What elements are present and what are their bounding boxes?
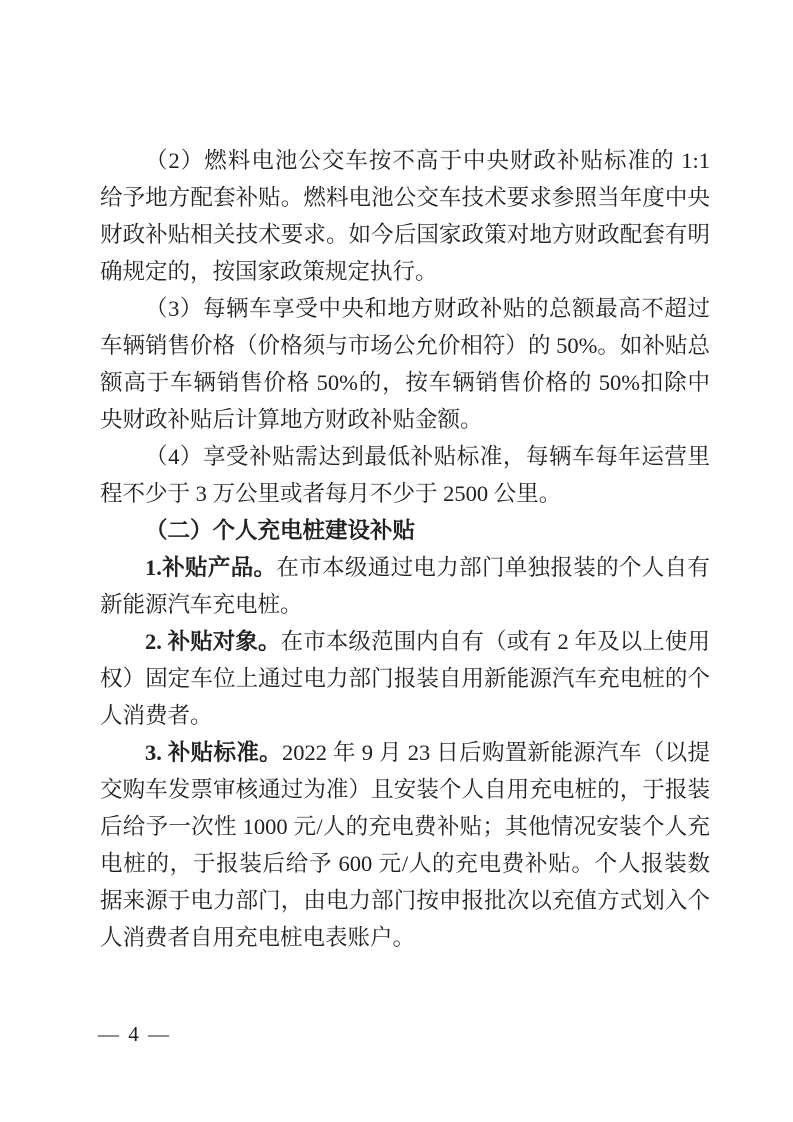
paragraph-minimum-mileage: （4）享受补贴需达到最低补贴标准，每辆车每年运营里程不少于 3 万公里或者每月不… — [100, 438, 710, 512]
paragraph-text: （3）每辆车享受中央和地方财政补贴的总额最高不超过车辆销售价格（价格须与市场公允… — [100, 296, 710, 432]
paragraph-lead: 2. 补贴对象。 — [145, 629, 281, 654]
paragraph-subsidy-cap: （3）每辆车享受中央和地方财政补贴的总额最高不超过车辆销售价格（价格须与市场公允… — [100, 290, 710, 438]
document-body: （2）燃料电池公交车按不高于中央财政补贴标准的 1:1 给予地方配套补贴。燃料电… — [100, 142, 710, 956]
paragraph-text: 2022 年 9 月 23 日后购置新能源汽车（以提交购车发票审核通过为准）且安… — [100, 740, 710, 950]
section-heading-personal-charging-pile: （二）个人充电桩建设补贴 — [100, 512, 710, 549]
paragraph-fuel-cell-bus-subsidy: （2）燃料电池公交车按不高于中央财政补贴标准的 1:1 给予地方配套补贴。燃料电… — [100, 142, 710, 290]
paragraph-lead: 1.补贴产品。 — [145, 555, 276, 580]
paragraph-text: （2）燃料电池公交车按不高于中央财政补贴标准的 1:1 给予地方配套补贴。燃料电… — [100, 148, 710, 284]
paragraph-subsidy-target: 2. 补贴对象。在市本级范围内自有（或有 2 年及以上使用权）固定车位上通过电力… — [100, 623, 710, 734]
document-page: （2）燃料电池公交车按不高于中央财政补贴标准的 1:1 给予地方配套补贴。燃料电… — [0, 0, 793, 1122]
paragraph-text: （4）享受补贴需达到最低补贴标准，每辆车每年运营里程不少于 3 万公里或者每月不… — [100, 444, 710, 506]
paragraph-subsidy-standard: 3. 补贴标准。2022 年 9 月 23 日后购置新能源汽车（以提交购车发票审… — [100, 734, 710, 956]
paragraph-lead: 3. 补贴标准。 — [145, 740, 282, 765]
paragraph-subsidy-product: 1.补贴产品。在市本级通过电力部门单独报装的个人自有新能源汽车充电桩。 — [100, 549, 710, 623]
page-number: — 4 — — [98, 1016, 171, 1053]
